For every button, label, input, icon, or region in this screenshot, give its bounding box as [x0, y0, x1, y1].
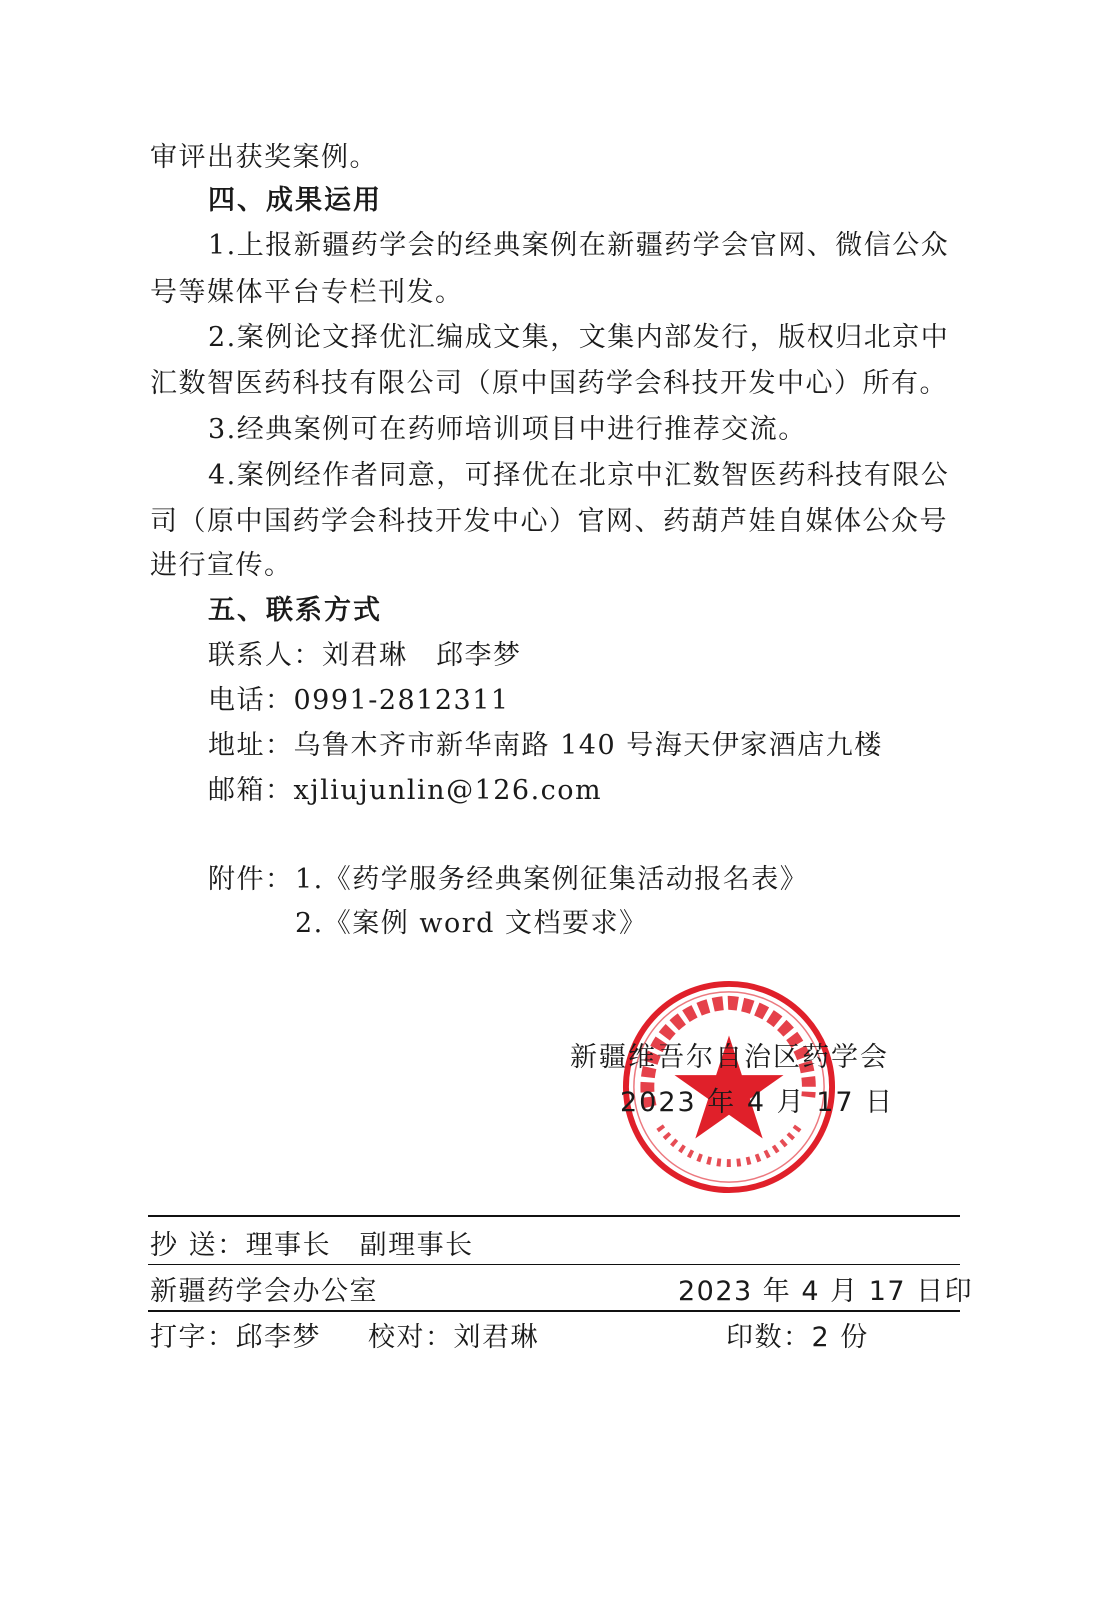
section-heading-contact: 五、联系方式 — [208, 593, 382, 629]
contact-email: 邮箱：xjliujunlin@126.com — [208, 773, 602, 809]
footer-proofreader: 校对：刘君琳 — [368, 1320, 539, 1356]
body-line: 审评出获奖案例。 — [150, 140, 378, 176]
body-line: 4.案例经作者同意，可择优在北京中汇数智医药科技有限公 — [208, 458, 949, 494]
body-line: 1.上报新疆药学会的经典案例在新疆药学会官网、微信公众 — [208, 228, 949, 264]
footer-rule — [148, 1264, 960, 1265]
signature-organization: 新疆维吾尔自治区药学会 — [570, 1040, 889, 1076]
body-line: 汇数智医药科技有限公司（原中国药学会科技开发中心）所有。 — [150, 366, 948, 402]
attachments-label: 附件： — [208, 862, 294, 898]
contact-person: 联系人：刘君琳 邱李梦 — [208, 638, 522, 674]
contact-phone: 电话：0991-2812311 — [208, 683, 510, 719]
attachment-item: 1.《药学服务经典案例征集活动报名表》 — [295, 862, 808, 898]
attachment-item: 2.《案例 word 文档要求》 — [295, 906, 647, 942]
footer-copies: 印数：2 份 — [726, 1320, 869, 1356]
body-line: 2.案例论文择优汇编成文集，文集内部发行，版权归北京中 — [208, 320, 949, 356]
footer-cc: 抄 送：理事长 副理事长 — [150, 1228, 474, 1264]
body-line: 司（原中国药学会科技开发中心）官网、药葫芦娃自媒体公众号 — [150, 504, 948, 540]
body-line: 进行宣传。 — [150, 548, 293, 584]
footer-rule-top — [148, 1215, 960, 1217]
body-line: 号等媒体平台专栏刊发。 — [150, 275, 464, 311]
footer-typist: 打字：邱李梦 — [150, 1320, 321, 1356]
footer-print-date: 2023 年 4 月 17 日印 — [678, 1274, 973, 1310]
body-line: 3.经典案例可在药师培训项目中进行推荐交流。 — [208, 412, 807, 448]
footer-rule — [148, 1310, 960, 1312]
footer-issuer: 新疆药学会办公室 — [150, 1274, 378, 1310]
signature-date: 2023 年 4 月 17 日 — [620, 1085, 894, 1121]
contact-address: 地址：乌鲁木齐市新华南路 140 号海天伊家酒店九楼 — [208, 728, 883, 764]
section-heading-results-usage: 四、成果运用 — [208, 183, 382, 219]
